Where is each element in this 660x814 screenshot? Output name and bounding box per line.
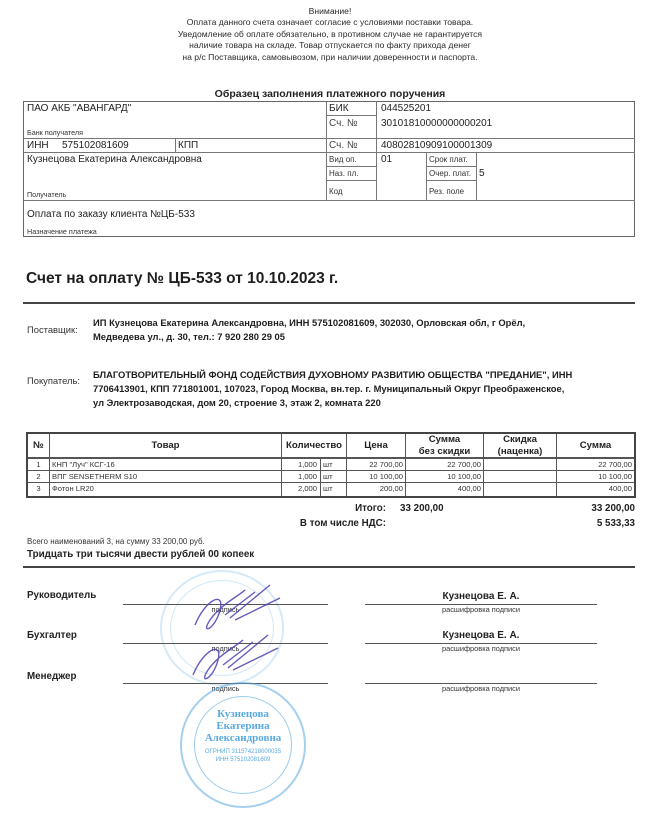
title-divider: [23, 302, 635, 304]
company-stamp: Кузнецова Екатерина Александровна ОГРНИП…: [180, 682, 306, 808]
kpp-label: КПП: [178, 140, 198, 151]
recipient-name: Кузнецова Екатерина Александровна: [27, 154, 202, 165]
payment-form-title: Образец заполнения платежного поручения: [0, 88, 660, 100]
corr-account-value: 30101810000000000201: [381, 118, 492, 129]
srok-label: Срок плат.: [429, 155, 468, 164]
header-discount: Скидка (наценка): [484, 434, 556, 458]
naz-pl-label: Наз. пл.: [329, 169, 358, 178]
buyer-label: Покупатель:: [27, 375, 80, 386]
header-num: №: [28, 440, 49, 452]
stamp-line-3: Александровна: [182, 732, 304, 744]
total-label: Итого:: [250, 503, 386, 514]
purpose-label: Назначение платежа: [27, 227, 97, 236]
vid-op-value: 01: [381, 154, 392, 165]
supplier-details: ИП Кузнецова Екатерина Александровна, ИН…: [93, 316, 638, 344]
stamp-inn: ИНН 575102081609: [182, 756, 304, 764]
notice-line: Оплата данного счета означает согласие с…: [120, 17, 540, 28]
rez-label: Рез. поле: [429, 187, 464, 196]
supplier-label: Поставщик:: [27, 324, 78, 335]
bik-label: БИК: [329, 103, 349, 114]
recipient-label: Получатель: [27, 190, 66, 199]
items-summary: Всего наименований 3, на сумму 33 200,00…: [27, 537, 205, 546]
invoice-title: Счет на оплату № ЦБ-533 от 10.10.2023 г.: [26, 270, 338, 288]
total-value: 33 200,00: [540, 503, 635, 514]
amount-in-words: Тридцать три тысячи двести рублей 00 коп…: [27, 549, 254, 560]
totals-divider: [23, 566, 635, 568]
stamp-line-2: Екатерина: [182, 720, 304, 732]
bank-label: Банк получателя: [27, 128, 83, 137]
payment-purpose: Оплата по заказу клиента №ЦБ-533: [27, 209, 195, 220]
buyer-details: БЛАГОТВОРИТЕЛЬНЫЙ ФОНД СОДЕЙСТВИЯ ДУХОВН…: [93, 368, 638, 410]
header-sum: Сумма: [557, 440, 634, 452]
notice-block: Внимание! Оплата данного счета означает …: [120, 6, 540, 63]
ocher-label: Очер. плат.: [429, 169, 471, 178]
account-label: Сч. №: [329, 140, 358, 151]
kod-label: Код: [329, 187, 343, 196]
bank-name: ПАО АКБ "АВАНГАРД": [27, 103, 131, 114]
stamp-ogrnip: ОГРНИП 311574218000035: [182, 748, 304, 756]
goods-table: № Товар Количество Цена Сумма без скидки…: [26, 432, 636, 498]
corr-account-label: Сч. №: [329, 118, 358, 129]
header-price: Цена: [347, 440, 405, 452]
notice-line: Уведомление об оплате обязательно, в про…: [120, 29, 540, 40]
inn-label: ИНН: [27, 140, 49, 151]
inn-value: 575102081609: [62, 140, 129, 151]
notice-line: наличие товара на складе. Товар отпускае…: [120, 40, 540, 51]
bik-value: 044525201: [381, 103, 431, 114]
payment-form-table: ПАО АКБ "АВАНГАРД" Банк получателя БИК 0…: [23, 101, 635, 237]
header-sum-no-discount: Сумма без скидки: [406, 434, 483, 458]
vid-op-label: Вид оп.: [329, 155, 357, 164]
stamp-line-1: Кузнецова: [182, 708, 304, 720]
notice-line: на р/с Поставщика, самовывозом, при нали…: [120, 52, 540, 63]
vat-label: В том числе НДС:: [250, 518, 386, 529]
vat-value: 5 533,33: [540, 518, 635, 529]
header-qty: Количество: [282, 440, 346, 452]
total-no-discount: 33 200,00: [400, 503, 465, 514]
account-value: 40802810909100001309: [381, 140, 492, 151]
header-item: Товар: [50, 440, 281, 452]
ocher-value: 5: [479, 168, 485, 179]
notice-title: Внимание!: [120, 6, 540, 17]
